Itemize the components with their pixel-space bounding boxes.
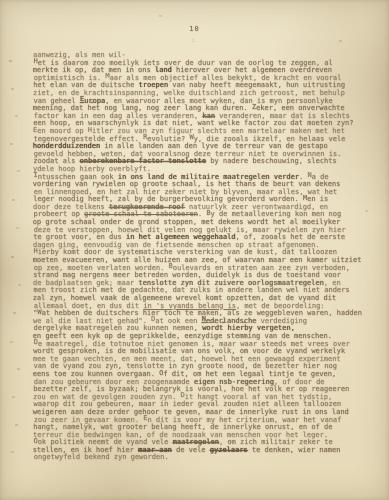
page-number: 10 xyxy=(0,25,389,33)
ink-smudge: i. xyxy=(192,38,198,44)
text-block: aanwezig, als men wil-Het is daarom zoo … xyxy=(33,52,373,462)
paper-speckles xyxy=(9,60,12,62)
text-line: ongetwyfeld bekend zyn geworden. xyxy=(34,454,374,462)
document-page: 10 i. aanwezig, als men wil-Het is daaro… xyxy=(0,0,389,500)
